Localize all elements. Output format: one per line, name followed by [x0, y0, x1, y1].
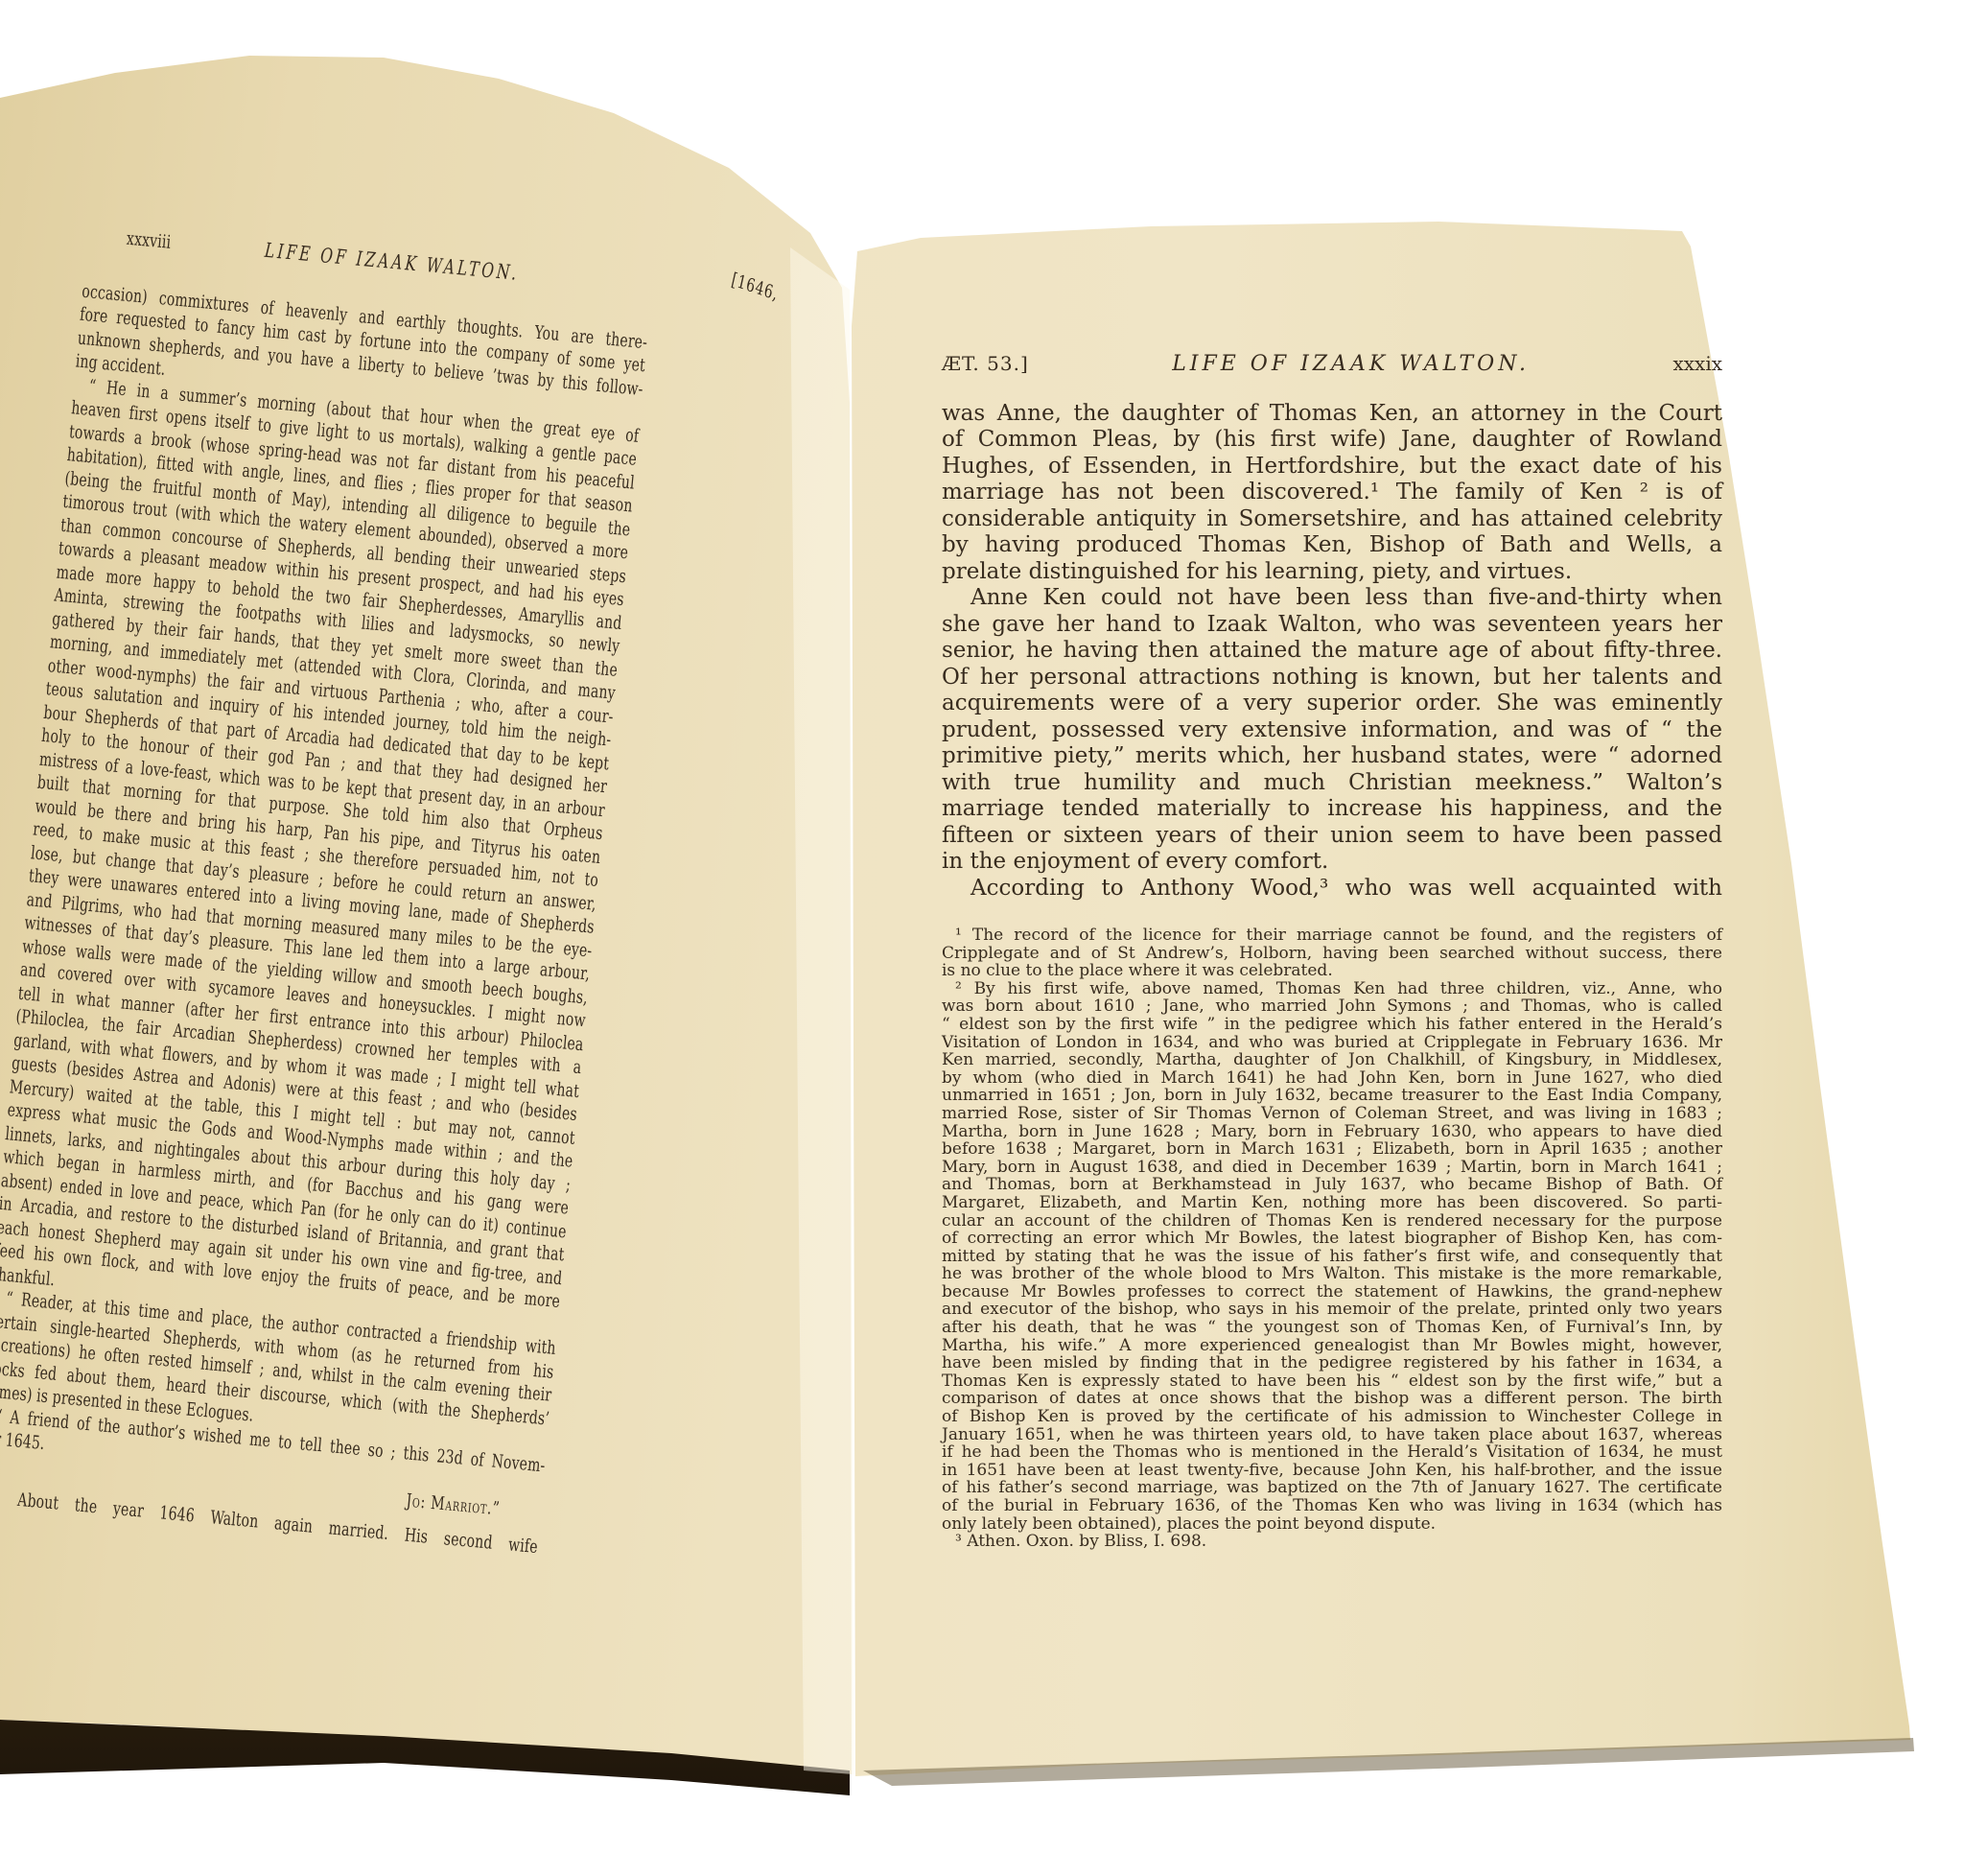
- paragraph: According to Anthony Wood,³ who was well…: [942, 876, 1722, 903]
- text-line: because Mr Bowles professes to correct t…: [942, 1283, 1722, 1301]
- text-line: Of her personal attractions nothing is k…: [942, 665, 1722, 692]
- text-line: if he had been the Thomas who is mention…: [942, 1443, 1722, 1462]
- text-line: comparison of dates at once shows that t…: [942, 1390, 1722, 1408]
- text-line: Ken married, secondly, Martha, daughter …: [942, 1051, 1722, 1069]
- text-line: “ eldest son by the first wife ” in the …: [942, 1016, 1722, 1034]
- text-line: prudent, possessed very extensive inform…: [942, 717, 1722, 744]
- text-line: with true humility and much Christian me…: [942, 770, 1722, 797]
- text-line: Margaret, Elizabeth, and Martin Ken, not…: [942, 1194, 1722, 1212]
- text-line: ¹ The record of the licence for their ma…: [942, 926, 1722, 945]
- running-title: LIFE OF IZAAK WALTON.: [1029, 351, 1673, 378]
- paragraph: ³ Athen. Oxon. by Bliss, I. 698.: [942, 1533, 1722, 1551]
- right-page-number: xxxix: [1672, 351, 1722, 378]
- text-line: fifteen or sixteen years of their union …: [942, 823, 1722, 850]
- text-line: Anne Ken could not have been less than f…: [942, 585, 1722, 612]
- text-line: in the enjoyment of every comfort.: [942, 849, 1722, 876]
- text-line: of his father’s second marriage, was bap…: [942, 1479, 1722, 1497]
- text-line: only lately been obtained), places the p…: [942, 1515, 1722, 1534]
- text-line: by whom (who died in March 1641) he had …: [942, 1069, 1722, 1088]
- text-line: Hughes, of Essenden, in Hertfordshire, b…: [942, 454, 1722, 481]
- text-line: married Rose, sister of Sir Thomas Verno…: [942, 1105, 1722, 1123]
- text-line: she gave her hand to Izaak Walton, who w…: [942, 612, 1722, 639]
- text-line: Mary, born in August 1638, and died in D…: [942, 1159, 1722, 1177]
- text-line: unmarried in 1651 ; Jon, born in July 16…: [942, 1087, 1722, 1105]
- text-line: According to Anthony Wood,³ who was well…: [942, 876, 1722, 903]
- footnotes-block: ¹ The record of the licence for their ma…: [942, 926, 1722, 1551]
- right-page-body: was Anne, the daughter of Thomas Ken, an…: [942, 401, 1722, 903]
- text-line: Thomas Ken is expressly stated to have b…: [942, 1372, 1722, 1391]
- text-line: and executor of the bishop, who says in …: [942, 1301, 1722, 1319]
- text-line: Visitation of London in 1634, and who wa…: [942, 1034, 1722, 1052]
- right-page-header: ÆT. 53.] LIFE OF IZAAK WALTON. xxxix: [942, 351, 1722, 378]
- text-line: of Bishop Ken is proved by the certifica…: [942, 1408, 1722, 1426]
- text-line: senior, he having then attained the matu…: [942, 638, 1722, 665]
- text-line: Martha, his wife.” A more experienced ge…: [942, 1337, 1722, 1355]
- text-line: by having produced Thomas Ken, Bishop of…: [942, 532, 1722, 559]
- paragraph: was Anne, the daughter of Thomas Ken, an…: [942, 401, 1722, 586]
- text-line: is no clue to the place where it was cel…: [942, 962, 1722, 980]
- text-line: of correcting an error which Mr Bowles, …: [942, 1230, 1722, 1248]
- text-line: cular an account of the children of Thom…: [942, 1212, 1722, 1231]
- text-line: have been misled by finding that in the …: [942, 1354, 1722, 1372]
- text-line: prelate distinguished for his learning, …: [942, 559, 1722, 586]
- paragraph: “ He in a summer’s morning (about that h…: [0, 373, 640, 1337]
- text-line: marriage has not been discovered.¹ The f…: [942, 480, 1722, 506]
- text-line: considerable antiquity in Somersetshire,…: [942, 506, 1722, 533]
- text-line: ³ Athen. Oxon. by Bliss, I. 698.: [942, 1533, 1722, 1551]
- paragraph: ¹ The record of the licence for their ma…: [942, 926, 1722, 980]
- text-line: Cripplegate and of St Andrew’s, Holborn,…: [942, 945, 1722, 963]
- text-line: and Thomas, born at Berkhamstead in July…: [942, 1176, 1722, 1194]
- text-line: Martha, born in June 1628 ; Mary, born i…: [942, 1123, 1722, 1141]
- text-line: of Common Pleas, by (his first wife) Jan…: [942, 427, 1722, 454]
- text-line: primitive piety,” merits which, her husb…: [942, 743, 1722, 770]
- paragraph: ² By his first wife, above named, Thomas…: [942, 980, 1722, 1533]
- left-page-number: xxxviii: [126, 227, 172, 255]
- text-line: marriage tended materially to increase h…: [942, 796, 1722, 823]
- paragraph: Anne Ken could not have been less than f…: [942, 585, 1722, 876]
- text-line: ² By his first wife, above named, Thomas…: [942, 980, 1722, 998]
- right-page-text: ÆT. 53.] LIFE OF IZAAK WALTON. xxxix was…: [942, 351, 1722, 1551]
- text-line: in 1651 have been at least twenty-five, …: [942, 1462, 1722, 1480]
- header-spacer: [613, 289, 652, 293]
- text-line: was Anne, the daughter of Thomas Ken, an…: [942, 401, 1722, 428]
- text-line: after his death, that he was “ the young…: [942, 1319, 1722, 1337]
- left-page-body: occasion) commixtures of heavenly and ea…: [0, 279, 648, 1501]
- text-line: he was brother of the whole blood to Mrs…: [942, 1265, 1722, 1283]
- text-line: was born about 1610 ; Jane, who married …: [942, 997, 1722, 1016]
- text-line: of the burial in February 1636, of the T…: [942, 1497, 1722, 1515]
- text-line: mitted by stating that he was the issue …: [942, 1248, 1722, 1266]
- text-line: acquirements were of a very superior ord…: [942, 691, 1722, 717]
- text-line: January 1651, when he was thirteen years…: [942, 1426, 1722, 1444]
- text-line: before 1638 ; Margaret, born in March 16…: [942, 1140, 1722, 1159]
- age-margin-note: ÆT. 53.]: [942, 351, 1029, 378]
